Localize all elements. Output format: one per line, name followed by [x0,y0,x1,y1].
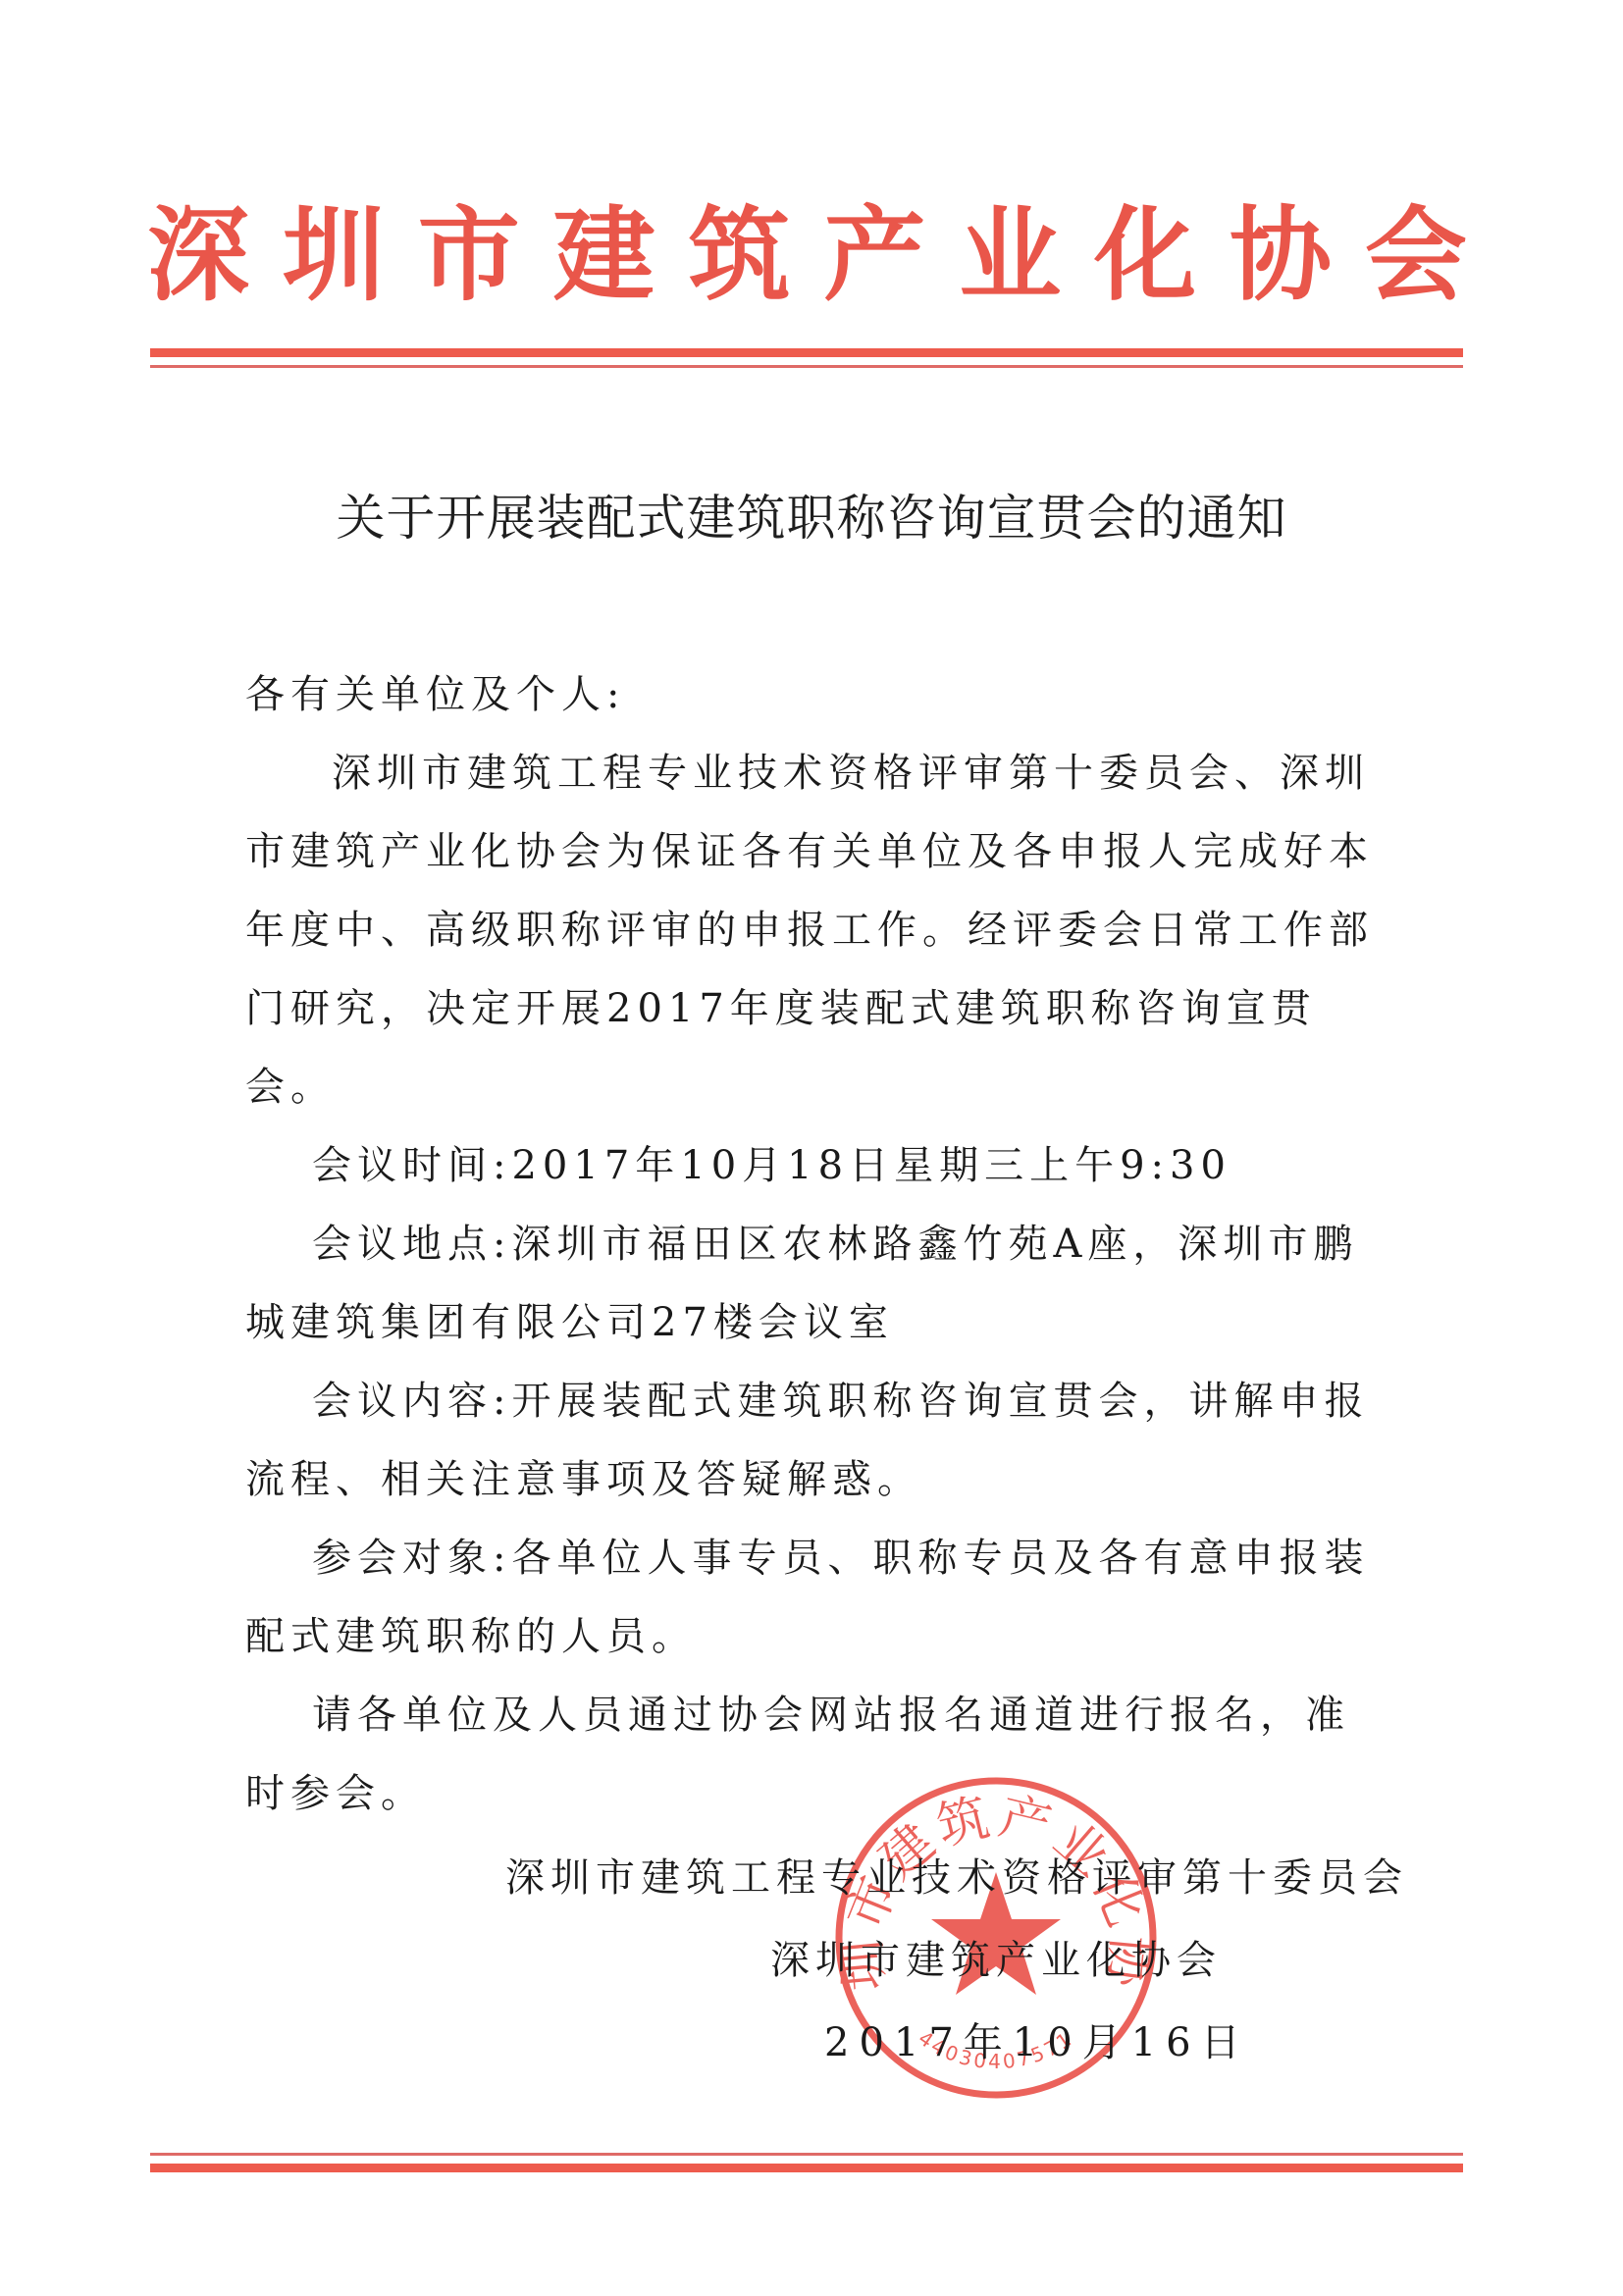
letterhead-char: 产 [823,204,925,306]
letterhead-char: 筑 [689,204,791,306]
meeting-place: 会议地点:深圳市福田区农林路鑫竹苑A座，深圳市鹏城建筑集团有限公司27楼会议室 [245,1205,1384,1362]
letterhead-char: 深 [147,204,249,306]
salutation: 各有关单位及个人: [245,655,1384,734]
header-rule-thick [150,348,1463,357]
signature-issuer-1: 深圳市建筑工程专业技术资格评审第十委员会 [505,1847,1623,1903]
letterhead-char: 圳 [283,204,385,306]
meeting-time-label: 会议时间: [312,1143,511,1188]
meeting-content: 会议内容:开展装配式建筑职称咨询宣贯会，讲解申报流程、相关注意事项及答疑解惑。 [245,1362,1384,1519]
closing-paragraph: 请各单位及人员通过协会网站报名通道进行报名，准时参会。 [245,1676,1384,1833]
meeting-place-label: 会议地点: [312,1222,511,1267]
letterhead-char: 会 [1365,204,1467,306]
header-rule-thin [150,365,1463,368]
notice-body: 各有关单位及个人: 深圳市建筑工程专业技术资格评审第十委员会、深圳市建筑产业化协… [245,655,1384,1833]
intro-paragraph: 深圳市建筑工程专业技术资格评审第十委员会、深圳市建筑产业化协会为保证各有关单位及… [245,734,1384,1126]
letterhead-char: 协 [1230,204,1332,306]
notice-title: 关于开展装配式建筑职称咨询宣贯会的通知 [0,479,1623,549]
footer-rule-thin [150,2153,1463,2156]
signature-date: 2017年10月16日 [824,2011,1623,2067]
meeting-audience-label: 参会对象: [312,1536,511,1581]
signature-issuer-2: 深圳市建筑产业化协会 [770,1929,1623,1985]
meeting-time: 会议时间:2017年10月18日星期三上午9:30 [245,1126,1384,1205]
letterhead-char: 化 [1094,204,1196,306]
letterhead-char: 建 [553,204,655,306]
footer-rule-thick [150,2164,1463,2172]
meeting-audience: 参会对象:各单位人事专员、职称专员及各有意申报装配式建筑职称的人员。 [245,1519,1384,1676]
letterhead-char: 市 [418,204,520,306]
meeting-content-label: 会议内容: [312,1379,511,1424]
meeting-time-value: 2017年10月18日星期三上午9:30 [511,1143,1230,1188]
letterhead-title: 深 圳 市 建 筑 产 业 化 协 会 [147,191,1467,319]
letterhead-char: 业 [959,204,1061,306]
